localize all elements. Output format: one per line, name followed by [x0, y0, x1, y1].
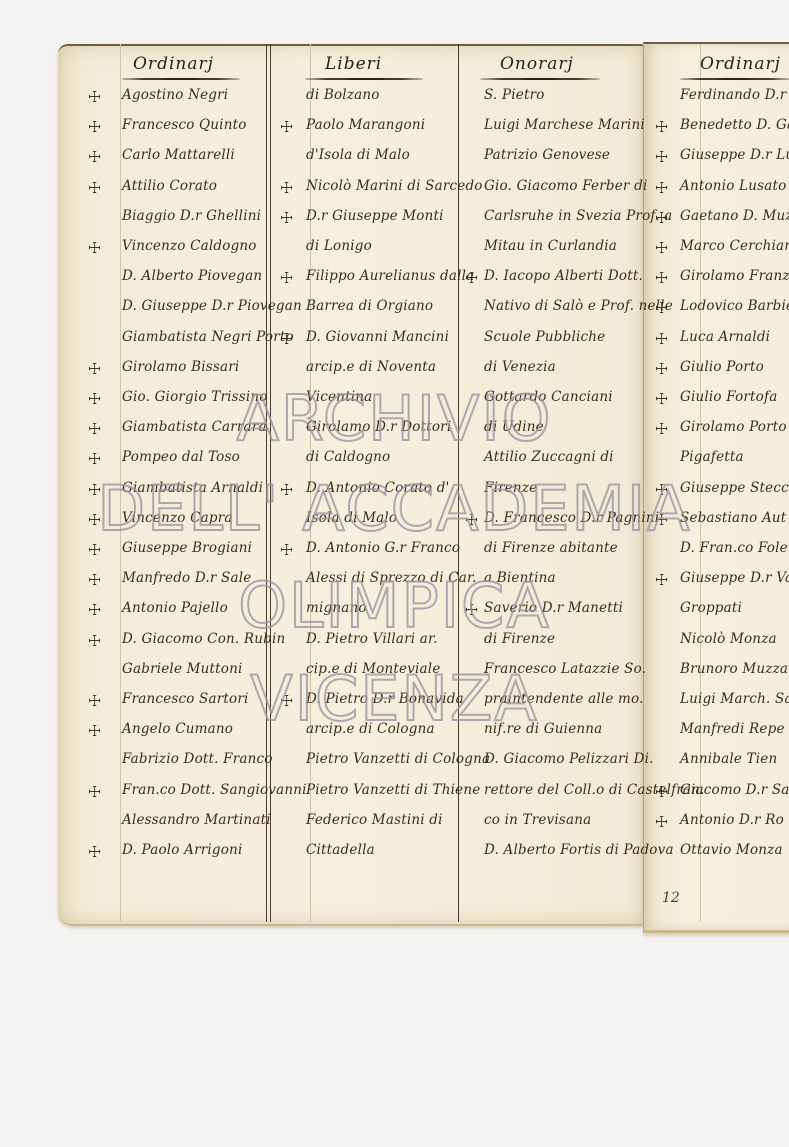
member-entry: Giulio Fortofa: [680, 389, 777, 405]
member-entry: D.r Giuseppe Monti: [306, 208, 444, 224]
deceased-cross-icon: ☩: [88, 541, 101, 559]
member-entry: Luigi Marchese Marini: [484, 117, 645, 133]
member-entry: Sebastiano Aut: [680, 510, 786, 526]
deceased-cross-icon: ☩: [88, 118, 101, 136]
deceased-cross-icon: ☩: [655, 783, 668, 801]
member-entry: Marco Cerchiar: [680, 238, 789, 254]
member-entry: nif.re di Guienna: [484, 721, 602, 737]
member-entry: Vincenzo Caldogno: [122, 238, 257, 254]
deceased-cross-icon: ☩: [88, 722, 101, 740]
member-entry: Fabrizio Dott. Franco: [122, 751, 273, 767]
deceased-cross-icon: ☩: [655, 269, 668, 287]
member-entry: Groppati: [680, 600, 742, 616]
member-entry: D. Pietro Villari ar.: [306, 631, 438, 647]
column-header: Ordinarj: [700, 54, 781, 74]
deceased-cross-icon: ☩: [655, 179, 668, 197]
member-entry: Agostino Negri: [122, 87, 228, 103]
member-entry: Pietro Vanzetti di Thiene: [306, 782, 480, 798]
member-entry: di Firenze abitante: [484, 540, 618, 556]
member-entry: Attilio Zuccagni di: [484, 449, 614, 465]
deceased-cross-icon: ☩: [88, 571, 101, 589]
deceased-cross-icon: ☩: [655, 360, 668, 378]
member-entry: Manfredo D.r Sale: [122, 570, 251, 586]
member-entry: D. Alberto Fortis di Padova: [484, 842, 674, 858]
deceased-cross-icon: ☩: [655, 390, 668, 408]
deceased-cross-icon: ☩: [88, 511, 101, 529]
member-entry: D. Antonio G.r Franco: [306, 540, 460, 556]
deceased-cross-icon: ☩: [88, 239, 101, 257]
deceased-cross-icon: ☩: [88, 420, 101, 438]
deceased-cross-icon: ☩: [655, 511, 668, 529]
member-entry: Saverio D.r Manetti: [484, 600, 623, 616]
column-header: Ordinarj: [133, 54, 214, 74]
member-entry: Giuseppe D.r Vag: [680, 570, 789, 586]
member-entry: d'Isola di Malo: [306, 147, 410, 163]
margin-rule: [120, 44, 121, 922]
member-entry: Pigafetta: [680, 449, 744, 465]
member-entry: Nicolò Marini di Sarcedo: [306, 178, 483, 194]
member-entry: Federico Mastini di: [306, 812, 443, 828]
member-entry: Nativo di Salò e Prof. nelle: [484, 298, 673, 314]
member-entry: Antonio D.r Ro: [680, 812, 784, 828]
member-entry: Cittadella: [306, 842, 375, 858]
member-entry: di Udine: [484, 419, 544, 435]
member-entry: Nicolò Monza: [680, 631, 777, 647]
deceased-cross-icon: ☩: [655, 481, 668, 499]
member-entry: Luigi March. Sa: [680, 691, 789, 707]
deceased-cross-icon: ☩: [280, 179, 293, 197]
member-entry: praintendente alle mo.: [484, 691, 644, 707]
deceased-cross-icon: ☩: [655, 330, 668, 348]
member-entry: Ottavio Monza: [680, 842, 783, 858]
deceased-cross-icon: ☩: [280, 118, 293, 136]
member-entry: D. Pietro D.r Bonavida: [306, 691, 464, 707]
deceased-cross-icon: ☩: [88, 632, 101, 650]
member-entry: Giuseppe Stecchi: [680, 480, 789, 496]
member-entry: Fran.co Dott. Sangiovanni: [122, 782, 307, 798]
member-entry: Mitau in Curlandia: [484, 238, 617, 254]
deceased-cross-icon: ☩: [280, 330, 293, 348]
member-entry: Ferdinando D.r Gu: [680, 87, 789, 103]
deceased-cross-icon: ☩: [655, 813, 668, 831]
member-entry: D. Iacopo Alberti Dott.: [484, 268, 643, 284]
member-entry: Pietro Vanzetti di Cologna: [306, 751, 490, 767]
member-entry: Biaggio D.r Ghellini: [122, 208, 261, 224]
member-entry: cip.e di Monteviale: [306, 661, 441, 677]
member-entry: Giambatista Negri Porto: [122, 329, 294, 345]
member-entry: Luca Arnaldi: [680, 329, 770, 345]
member-entry: D. Giuseppe D.r Piovegan: [122, 298, 302, 314]
deceased-cross-icon: ☩: [88, 783, 101, 801]
member-entry: Giambatista Arnaldi: [122, 480, 263, 496]
member-entry: rettore del Coll.o di Castelfran.: [484, 782, 705, 798]
member-entry: Vincenzo Capra: [122, 510, 233, 526]
member-entry: Benedetto D. Gab: [680, 117, 789, 133]
deceased-cross-icon: ☩: [88, 179, 101, 197]
member-entry: Gabriele Muttoni: [122, 661, 243, 677]
deceased-cross-icon: ☩: [88, 390, 101, 408]
member-entry: D. Giovanni Mancini: [306, 329, 449, 345]
member-entry: Girolamo Franz: [680, 268, 789, 284]
member-entry: di Lonigo: [306, 238, 372, 254]
deceased-cross-icon: ☩: [655, 299, 668, 317]
member-entry: Francesco Latazzie So.: [484, 661, 646, 677]
page-number: 12: [662, 890, 680, 906]
member-entry: Girolamo Porto: [680, 419, 787, 435]
member-entry: Giambatista Carrara: [122, 419, 267, 435]
member-entry: Firenze: [484, 480, 537, 496]
member-entry: di Caldogno: [306, 449, 390, 465]
member-entry: a Bientina: [484, 570, 556, 586]
member-entry: Patrizio Genovese: [484, 147, 610, 163]
member-entry: mignano: [306, 600, 367, 616]
member-entry: Gottardo Canciani: [484, 389, 613, 405]
column-header: Liberi: [325, 54, 382, 74]
member-entry: Alessi di Sprezzo di Car.: [306, 570, 477, 586]
member-entry: Gio. Giorgio Trissino: [122, 389, 268, 405]
member-entry: arcip.e di Cologna: [306, 721, 435, 737]
member-entry: D. Antonio Corato d': [306, 480, 450, 496]
member-entry: S. Pietro: [484, 87, 545, 103]
deceased-cross-icon: ☩: [465, 601, 478, 619]
member-entry: D. Giacomo Pelizzari Di.: [484, 751, 654, 767]
deceased-cross-icon: ☩: [88, 601, 101, 619]
member-entry: Pompeo dal Toso: [122, 449, 240, 465]
member-entry: Antonio Pajello: [122, 600, 228, 616]
member-entry: Angelo Cumano: [122, 721, 233, 737]
deceased-cross-icon: ☩: [88, 360, 101, 378]
member-entry: Francesco Sartori: [122, 691, 249, 707]
member-entry: di Firenze: [484, 631, 555, 647]
member-entry: Gio. Giacomo Ferber di: [484, 178, 647, 194]
member-entry: D. Francesco D.r Pagnini: [484, 510, 659, 526]
member-entry: Brunoro Muzzan: [680, 661, 789, 677]
deceased-cross-icon: ☩: [280, 541, 293, 559]
column-header: Onorarj: [500, 54, 574, 74]
deceased-cross-icon: ☩: [655, 209, 668, 227]
header-underline-flourish: [122, 78, 240, 80]
member-entry: Lodovico Barbie: [680, 298, 789, 314]
deceased-cross-icon: ☩: [88, 148, 101, 166]
member-entry: D. Giacomo Con. Rubin: [122, 631, 285, 647]
member-entry: D. Alberto Piovegan: [122, 268, 262, 284]
member-entry: Filippo Aurelianus dalla: [306, 268, 474, 284]
deceased-cross-icon: ☩: [655, 118, 668, 136]
member-entry: Barrea di Orgiano: [306, 298, 433, 314]
member-entry: D. Paolo Arrigoni: [122, 842, 242, 858]
member-entry: Gaetano D. Muzz: [680, 208, 789, 224]
member-entry: Giuseppe D.r Lugo: [680, 147, 789, 163]
member-entry: D. Fran.co Folett P: [680, 540, 789, 556]
deceased-cross-icon: ☩: [280, 209, 293, 227]
member-entry: Girolamo Bissari: [122, 359, 239, 375]
member-entry: Giuseppe Brogiani: [122, 540, 252, 556]
member-entry: arcip.e di Noventa: [306, 359, 436, 375]
member-entry: Francesco Quinto: [122, 117, 247, 133]
deceased-cross-icon: ☩: [465, 269, 478, 287]
deceased-cross-icon: ☩: [280, 692, 293, 710]
member-entry: Isola di Malo: [306, 510, 397, 526]
member-entry: di Venezia: [484, 359, 556, 375]
deceased-cross-icon: ☩: [280, 481, 293, 499]
member-entry: Carlo Mattarelli: [122, 147, 235, 163]
member-entry: Giacomo D.r Sav: [680, 782, 789, 798]
member-entry: Vicentina: [306, 389, 372, 405]
deceased-cross-icon: ☩: [88, 692, 101, 710]
member-entry: Paolo Marangoni: [306, 117, 425, 133]
header-underline-flourish: [680, 78, 789, 80]
member-entry: Girolamo D.r Dottori: [306, 419, 451, 435]
member-entry: Giulio Porto: [680, 359, 764, 375]
deceased-cross-icon: ☩: [280, 269, 293, 287]
deceased-cross-icon: ☩: [655, 571, 668, 589]
member-entry: Carlsruhe in Svezia Prof. a: [484, 208, 672, 224]
member-entry: Scuole Pubbliche: [484, 329, 605, 345]
member-entry: Alessandro Martinati: [122, 812, 271, 828]
header-underline-flourish: [480, 78, 600, 80]
member-entry: Attilio Corato: [122, 178, 217, 194]
member-entry: Annibale Tien: [680, 751, 777, 767]
member-entry: di Bolzano: [306, 87, 380, 103]
deceased-cross-icon: ☩: [88, 450, 101, 468]
deceased-cross-icon: ☩: [88, 481, 101, 499]
deceased-cross-icon: ☩: [655, 239, 668, 257]
member-entry: Manfredi Repe: [680, 721, 785, 737]
deceased-cross-icon: ☩: [655, 148, 668, 166]
member-entry: co in Trevisana: [484, 812, 591, 828]
deceased-cross-icon: ☩: [655, 420, 668, 438]
deceased-cross-icon: ☩: [88, 88, 101, 106]
header-underline-flourish: [305, 78, 423, 80]
member-entry: Antonio Lusato: [680, 178, 786, 194]
deceased-cross-icon: ☩: [465, 511, 478, 529]
deceased-cross-icon: ☩: [88, 843, 101, 861]
